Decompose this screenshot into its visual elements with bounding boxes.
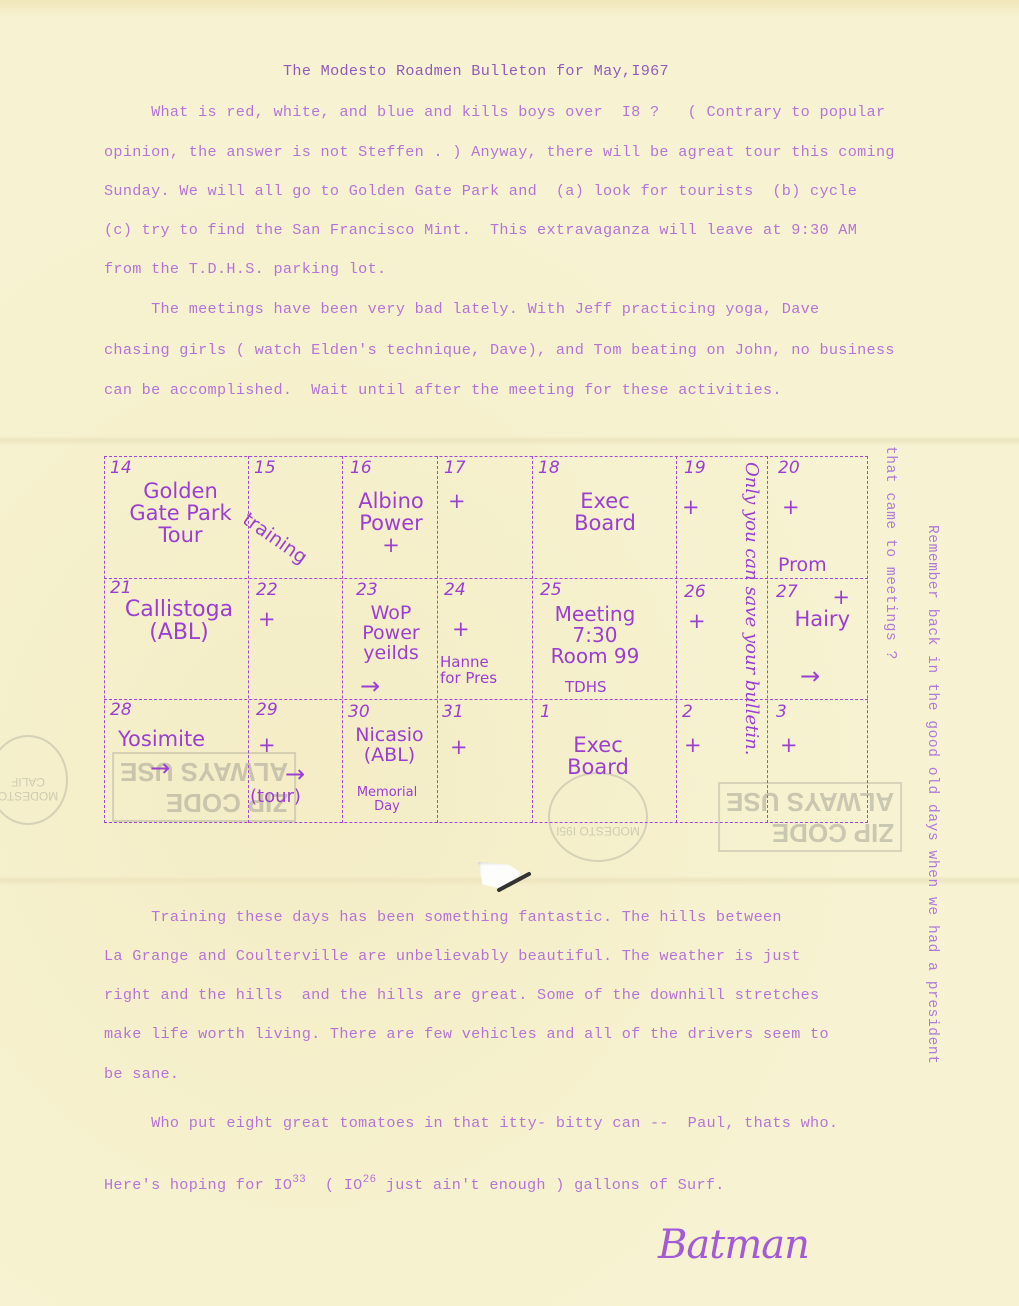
calendar-entry: + Hairy	[780, 586, 850, 630]
paragraph-5-prefix: Here's hoping for IO	[104, 1176, 292, 1194]
vertical-bulletin-note: Only you can save your bulletin.	[741, 462, 762, 755]
calendar-entry: Nicasio (ABL)	[342, 726, 437, 766]
calendar-extra: Memorial Day	[342, 786, 432, 813]
day-number: 26	[684, 584, 706, 602]
calendar-entry: Albino Power +	[345, 490, 437, 556]
exponent-33: 33	[292, 1174, 306, 1186]
calendar-entry: +	[448, 490, 466, 512]
day-number: 24	[444, 582, 466, 600]
paragraph-3-line-5: be sane.	[104, 1065, 179, 1083]
paragraph-5-suffix: just ain't enough ) gallons of Surf.	[376, 1176, 724, 1194]
paragraph-1-line-1: What is red, white, and blue and kills b…	[104, 103, 885, 121]
signature: Batman	[658, 1222, 809, 1268]
calendar-extra: Hanne for Pres	[440, 655, 497, 687]
arrow-icon: →	[150, 754, 170, 782]
calendar-entry: +	[688, 610, 706, 632]
day-number: 17	[444, 460, 466, 478]
grid-line	[532, 456, 533, 823]
calendar-entry: +	[782, 496, 800, 518]
calendar-extra: TDHS	[565, 680, 607, 696]
exponent-26: 26	[363, 1174, 377, 1186]
calendar-entry: +	[452, 618, 470, 640]
page-title: The Modesto Roadmen Bulleton for May,I96…	[283, 62, 669, 80]
day-number: 30	[348, 704, 370, 722]
paragraph-3-line-1: Training these days has been something f…	[104, 908, 782, 926]
paragraph-3-line-4: make life worth living. There are few ve…	[104, 1025, 829, 1043]
paragraph-2-line-2: chasing girls ( watch Elden's technique,…	[104, 341, 895, 359]
arrow-icon: →	[360, 672, 380, 700]
paragraph-2-line-3: can be accomplished. Wait until after th…	[104, 381, 782, 399]
paragraph-3-line-3: right and the hills and the hills are gr…	[104, 986, 819, 1004]
grid-line	[676, 456, 677, 823]
day-number: 19	[684, 460, 706, 478]
arrow-icon: →	[285, 760, 305, 788]
calendar-entry: +	[258, 608, 276, 630]
paragraph-5-middle: ( IO	[306, 1176, 362, 1194]
calendar-entry: Yosimite	[118, 728, 205, 750]
day-number: 29	[256, 702, 278, 720]
calendar-entry: Golden Gate Park Tour	[118, 480, 243, 546]
paragraph-1-line-4: (c) try to find the San Francisco Mint. …	[104, 221, 857, 239]
margin-note-line-2: that came to meetings ?	[882, 446, 898, 660]
calendar-entry: Meeting 7:30 Room 99	[540, 604, 650, 667]
postmark-left: MODESTO CALIF	[0, 735, 68, 825]
paragraph-5: Here's hoping for IO33 ( IO26 just ain't…	[104, 1174, 725, 1194]
calendar-entry: +	[684, 734, 702, 756]
calendar-entry: +	[682, 496, 700, 518]
day-number: 20	[778, 460, 800, 478]
paragraph-1-line-5: from the T.D.H.S. parking lot.	[104, 260, 386, 278]
grid-line	[342, 456, 343, 823]
day-number: 3	[776, 704, 787, 722]
day-number: 21	[110, 580, 132, 598]
calendar-extra: Prom	[778, 556, 827, 576]
grid-line	[437, 456, 438, 823]
calendar-entry: +	[258, 734, 276, 756]
bulletin-page: ZIP CODE ALWAYS USE ZIP CODE ALWAYS USE …	[0, 0, 1019, 1306]
day-number: 25	[540, 582, 562, 600]
day-number: 16	[350, 460, 372, 478]
margin-note-line-1: Remember back in the good old days when …	[924, 525, 940, 1064]
day-number: 1	[540, 704, 551, 722]
calendar-entry: WoP Power yeilds	[345, 604, 437, 664]
calendar-entry: +	[450, 736, 468, 758]
calendar-entry: +	[780, 734, 798, 756]
day-number: 2	[682, 704, 693, 722]
calendar-entry: Exec Board	[548, 734, 648, 778]
paragraph-2-line-1: The meetings have been very bad lately. …	[104, 300, 819, 318]
day-number: 22	[256, 582, 278, 600]
arrow-icon: →	[800, 662, 820, 690]
paragraph-3-line-2: La Grange and Coulterville are unbelieva…	[104, 947, 801, 965]
paragraph-1-line-2: opinion, the answer is not Steffen . ) A…	[104, 143, 895, 161]
grid-line	[767, 456, 768, 823]
calendar-entry: Exec Board	[555, 490, 655, 534]
day-number: 18	[538, 460, 560, 478]
day-number: 15	[254, 460, 276, 478]
paragraph-1-line-3: Sunday. We will all go to Golden Gate Pa…	[104, 182, 857, 200]
day-number: 28	[110, 702, 132, 720]
day-number: 31	[442, 704, 464, 722]
calendar-entry: Callistoga (ABL)	[112, 598, 246, 644]
paragraph-4: Who put eight great tomatoes in that itt…	[104, 1114, 838, 1132]
day-number: 14	[110, 460, 132, 478]
calendar-extra: (tour)	[250, 788, 301, 807]
day-number: 23	[356, 582, 378, 600]
